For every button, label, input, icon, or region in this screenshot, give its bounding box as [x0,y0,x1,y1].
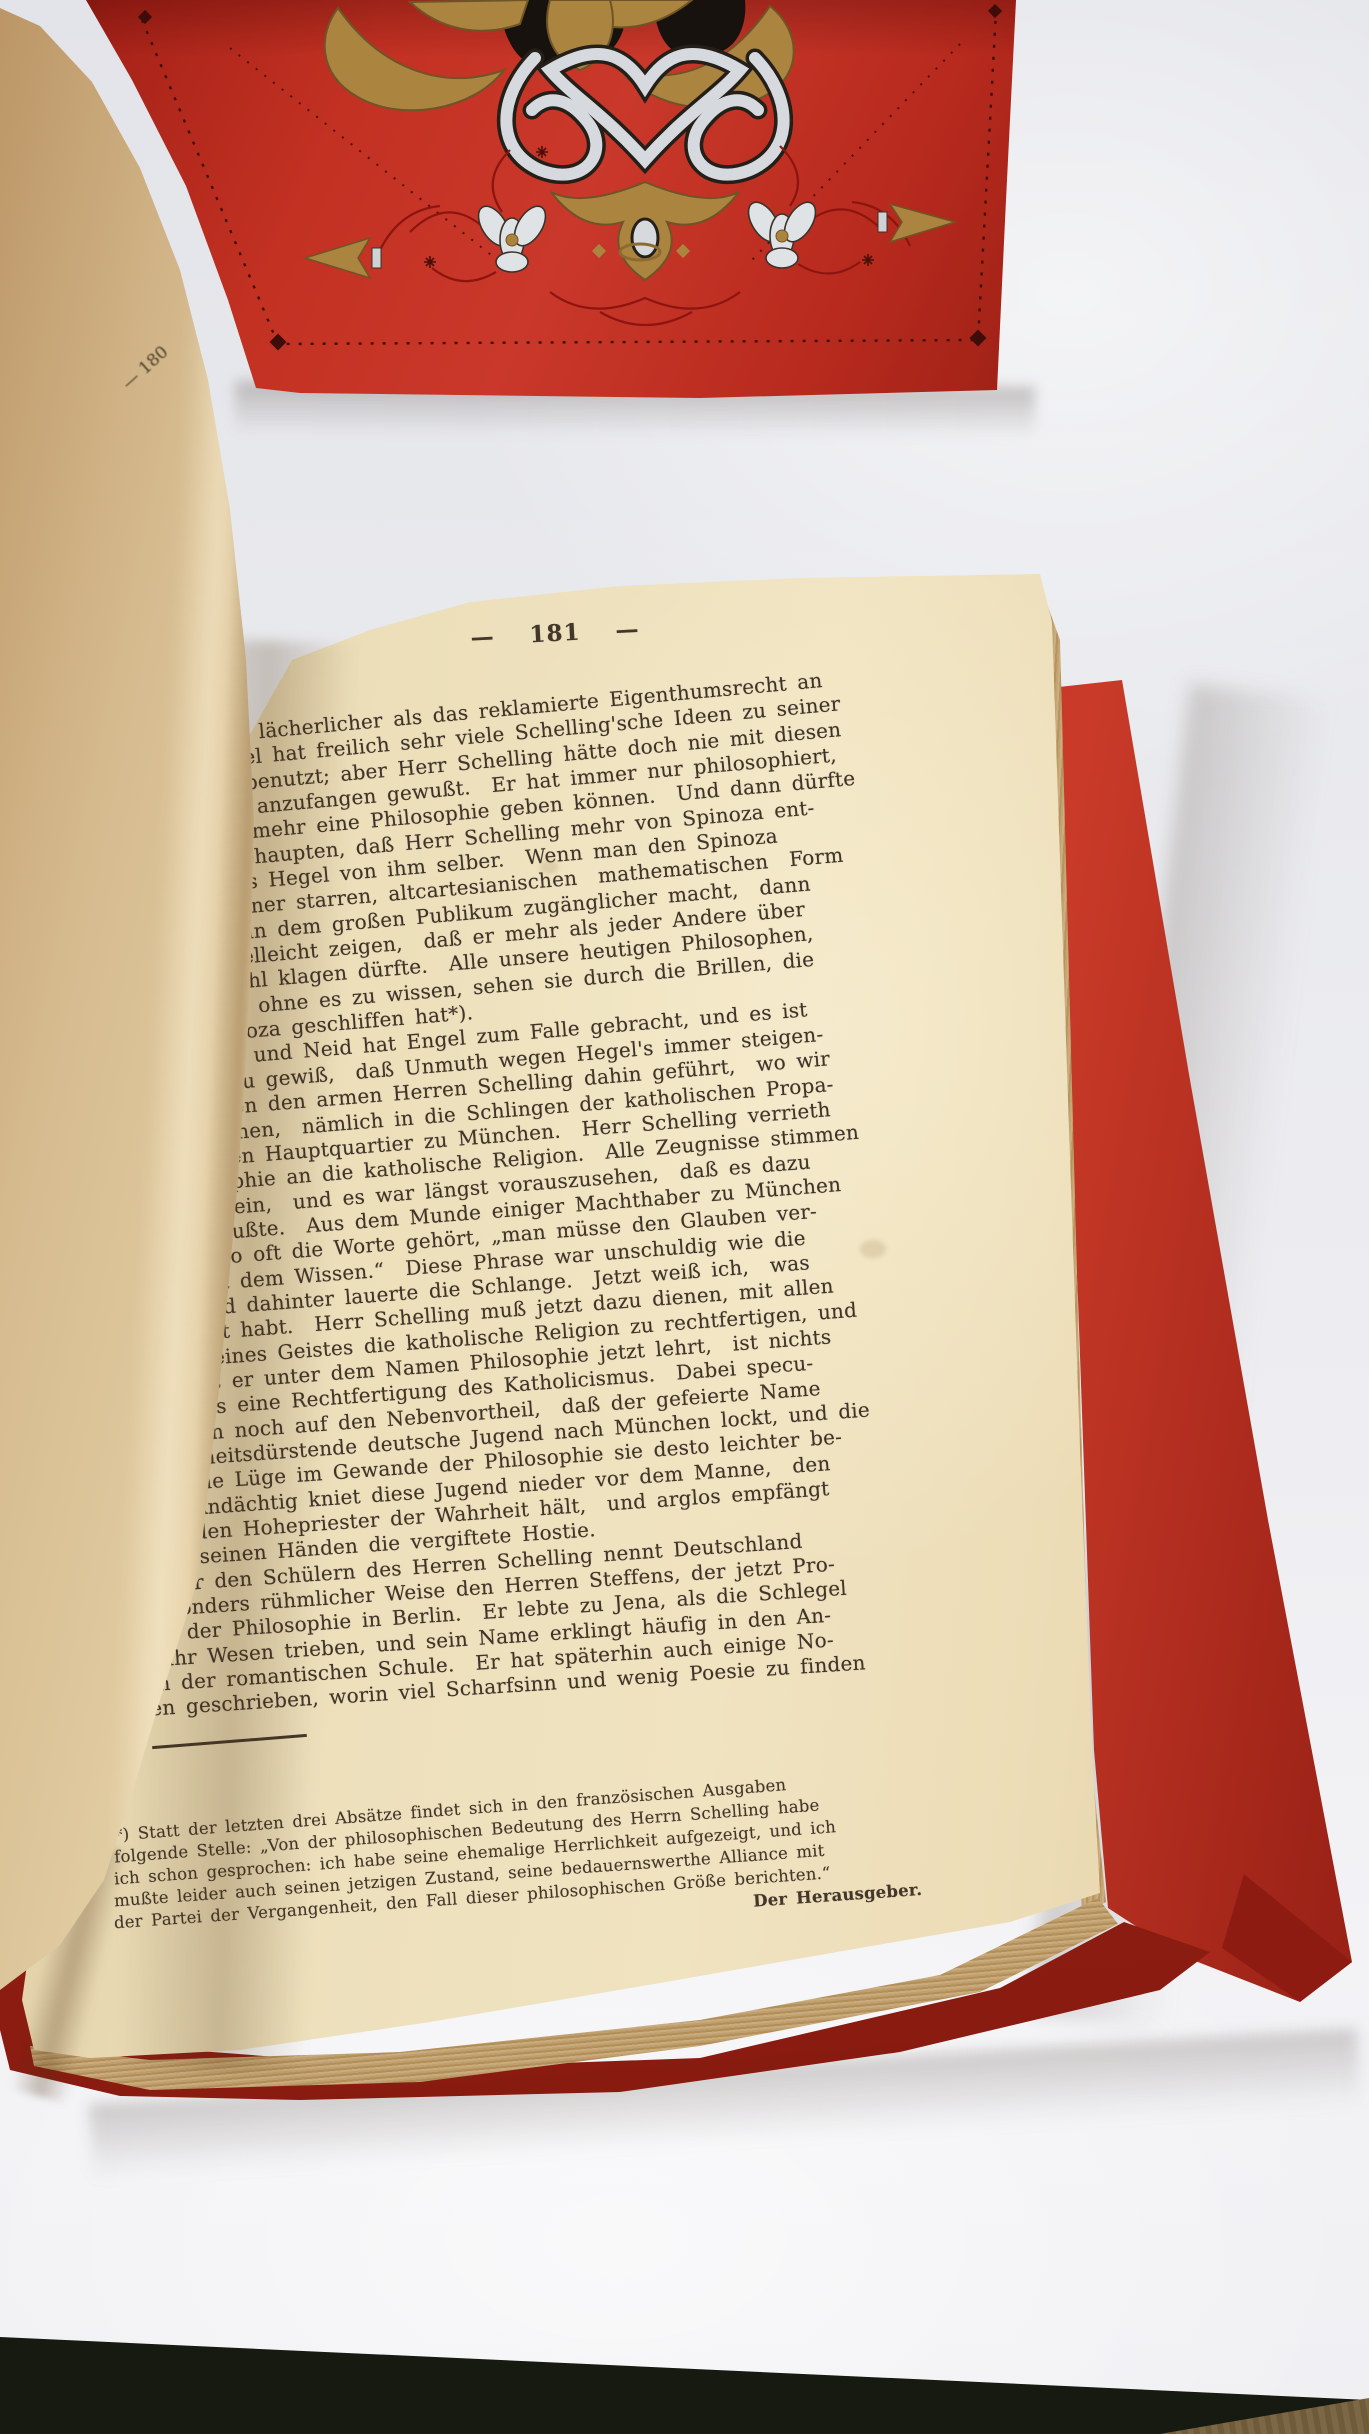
cover-palmette-icon [551,182,739,280]
cover-spear-right-icon [878,204,955,242]
page-number-header: — 181 — [419,613,690,654]
photo-of-open-book: — 181 — Nichts ist lächerlicher als das … [0,0,1369,2434]
cover-white-flower-left-icon [472,201,552,272]
cover-spear-left-icon [305,238,381,278]
cover-white-flower-right-icon [742,197,822,268]
